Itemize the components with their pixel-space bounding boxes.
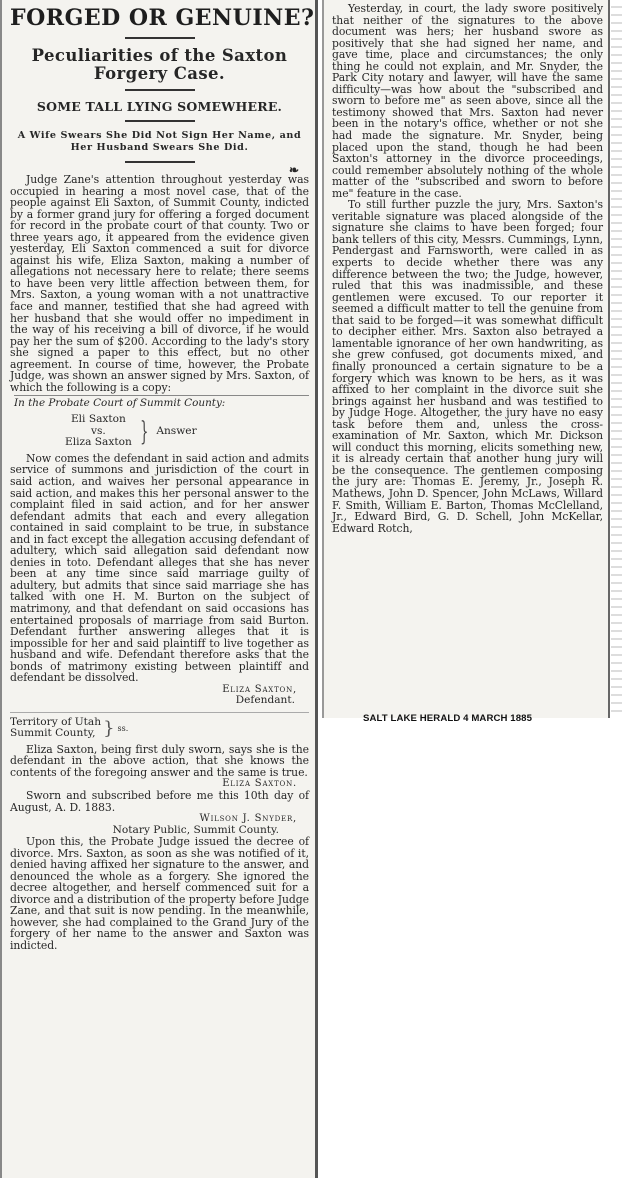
newspaper-column-right: Yesterday, in court, the lady swore posi… bbox=[322, 0, 610, 718]
answer-paragraph: Now comes the defendant in said action a… bbox=[10, 453, 309, 684]
testimony-paragraph: Yesterday, in court, the lady swore posi… bbox=[332, 3, 603, 199]
brace-glyph: } bbox=[140, 421, 148, 443]
affidavit-paragraph: Eliza Saxton, being first duly sworn, sa… bbox=[10, 744, 309, 779]
venue-lines: Territory of Utah Summit County, bbox=[10, 717, 101, 740]
headline: FORGED OR GENUINE? bbox=[10, 5, 309, 31]
divider bbox=[125, 120, 195, 122]
notary-name: Wilson J. Snyder, bbox=[10, 813, 297, 825]
closing-paragraph: Upon this, the Probate Judge issued the … bbox=[10, 836, 309, 951]
jurat-paragraph: Sworn and subscribed before me this 10th… bbox=[10, 790, 309, 813]
brace-glyph: } bbox=[103, 723, 114, 735]
newspaper-column-left: FORGED OR GENUINE? Peculiarities of the … bbox=[0, 0, 318, 1178]
page: FORGED OR GENUINE? Peculiarities of the … bbox=[0, 0, 622, 1188]
source-caption: SALT LAKE HERALD 4 MARCH 1885 bbox=[363, 713, 532, 724]
venue-county: Summit County, bbox=[10, 728, 101, 740]
jury-paragraph: To still further puzzle the jury, Mrs. S… bbox=[332, 199, 603, 534]
defendant-name: Eliza Saxton bbox=[65, 437, 132, 449]
deck: SOME TALL LYING SOMEWHERE. bbox=[10, 99, 309, 114]
document-type: Answer bbox=[156, 426, 196, 438]
answer-signature-role: Defendant. bbox=[10, 695, 295, 707]
adjacent-column-edge bbox=[611, 0, 622, 718]
venue-ss: ss. bbox=[118, 723, 129, 735]
intro-paragraph: Judge Zane's attention throughout yester… bbox=[10, 174, 309, 393]
subheadline: Peculiarities of the Saxton Forgery Case… bbox=[10, 47, 309, 83]
divider bbox=[10, 712, 309, 713]
subdeck: A Wife Swears She Did Not Sign Her Name,… bbox=[14, 130, 305, 153]
divider bbox=[125, 89, 195, 91]
court-heading: In the Probate Court of Summit County: bbox=[14, 395, 309, 410]
case-caption: Eli Saxton vs. Eliza Saxton } Answer bbox=[65, 414, 309, 449]
divider bbox=[125, 37, 195, 39]
case-parties: Eli Saxton vs. Eliza Saxton bbox=[65, 414, 132, 449]
venue-block: Territory of Utah Summit County, } ss. bbox=[10, 717, 309, 740]
